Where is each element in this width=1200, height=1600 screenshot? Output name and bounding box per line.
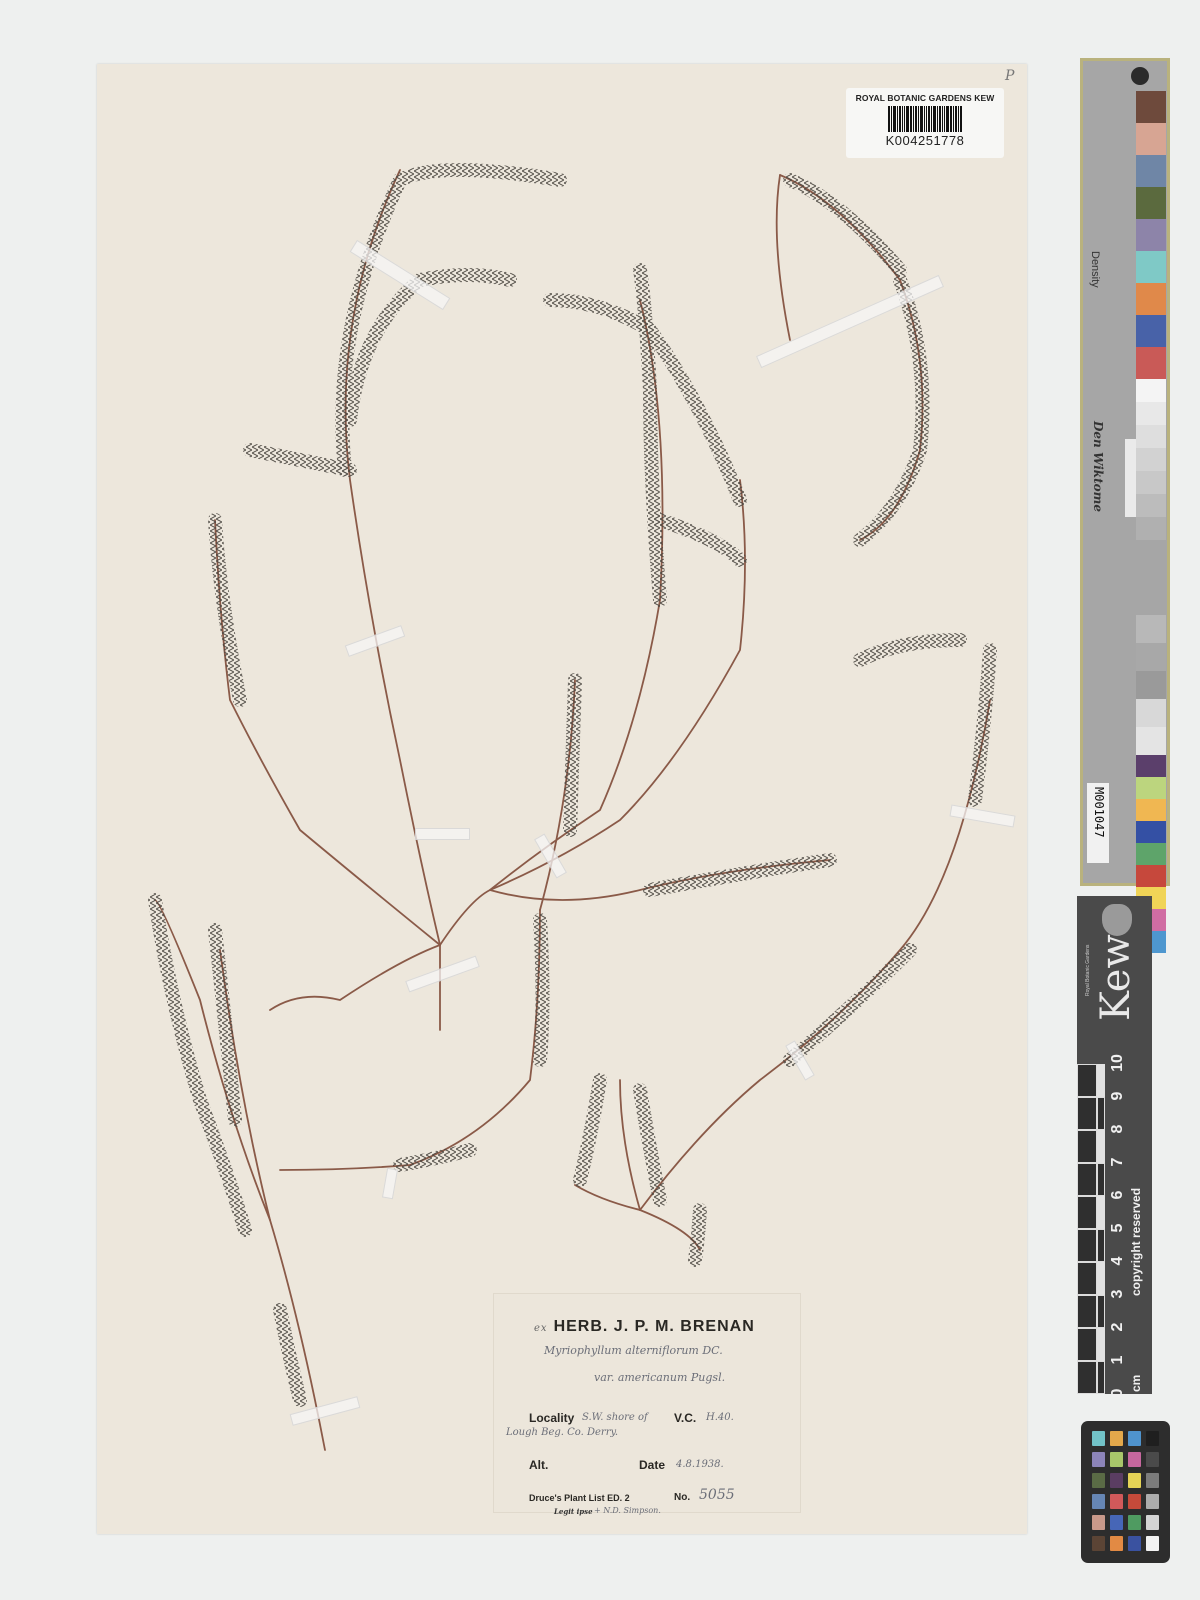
cm-number: 10 [1109,1054,1127,1072]
checker-patch [1110,1494,1123,1509]
color-swatch [1136,755,1166,777]
date-value: 4.8.1938. [676,1459,724,1470]
checker-patch [1110,1515,1123,1530]
checker-patch [1128,1431,1141,1446]
kew-brand-small: Royal Botanic Gardens [1085,945,1091,996]
cm-number: 5 [1109,1219,1127,1237]
gray-swatch [1136,517,1166,540]
herbarium-title: exHERB. J. P. M. BRENAN [534,1318,755,1336]
determination-label: exHERB. J. P. M. BRENAN Myriophyllum alt… [493,1293,801,1513]
cm-block [1077,1328,1097,1361]
gray-swatch [1136,379,1166,402]
ex-prefix: ex [534,1323,548,1334]
checker-patch [1128,1494,1141,1509]
cm-block [1077,1295,1097,1328]
checker-patch [1110,1431,1123,1446]
taxon-name: Myriophyllum alterniflorum DC. [544,1344,723,1357]
legit-value: + N.D. Simpson. [594,1506,661,1515]
checker-patch [1146,1473,1159,1488]
checker-patch [1092,1431,1105,1446]
mounting-tape [415,828,470,840]
cm-unit-label: cm [1129,1375,1143,1392]
checker-patch [1146,1452,1159,1467]
checker-patch [1146,1431,1159,1446]
cm-number: 9 [1109,1087,1127,1105]
checker-patch [1092,1494,1105,1509]
cm-ruler: 012345678910 [1077,1044,1105,1394]
vice-county-value: H.40. [706,1412,734,1423]
kew-scale-bar: Royal Botanic Gardens Kew 012345678910 c… [1077,896,1152,1394]
gray-swatch [1136,402,1166,425]
royal-crest-icon [1102,904,1132,936]
cm-block [1097,1163,1105,1196]
gray-swatch [1136,615,1166,643]
barcode-icon [875,106,975,132]
barcode-label: ROYAL BOTANIC GARDENS KEW K004251778 [846,88,1004,158]
color-swatch [1136,821,1166,843]
gray-swatch [1136,699,1166,727]
cm-number: 4 [1109,1252,1127,1270]
cm-number: 1 [1109,1351,1127,1369]
checker-patch [1110,1473,1123,1488]
vice-county-label: V.C. [674,1411,696,1425]
cm-block [1097,1097,1105,1130]
legit-label: Legit ipse [554,1507,593,1516]
cm-number: 7 [1109,1153,1127,1171]
color-checker-card [1081,1421,1170,1563]
color-swatch [1136,251,1166,283]
brand-label: Den Wiktome [1091,421,1105,512]
color-swatch [1136,91,1166,123]
cm-block [1077,1097,1097,1130]
cm-number: 8 [1109,1120,1127,1138]
cm-block [1077,1064,1097,1097]
cm-number: 0 [1109,1384,1127,1402]
checker-patch [1092,1473,1105,1488]
cm-block [1077,1163,1097,1196]
gray-swatch [1136,471,1166,494]
checker-patch [1092,1452,1105,1467]
barcode-organization: ROYAL BOTANIC GARDENS KEW [846,93,1004,103]
checker-patch [1128,1473,1141,1488]
color-swatch [1136,865,1166,887]
locality-value-line1: S.W. shore of [582,1412,648,1423]
checker-patch [1128,1515,1141,1530]
gray-swatch [1136,494,1166,517]
cm-block [1097,1196,1105,1229]
cm-block [1097,1262,1105,1295]
checker-patch [1092,1536,1105,1551]
checker-patch [1146,1494,1159,1509]
plant-list-label: Druce's Plant List ED. 2 [529,1493,630,1503]
checker-patch [1146,1536,1159,1551]
color-swatch [1136,187,1166,219]
cm-block [1077,1262,1097,1295]
number-label: No. [674,1492,690,1503]
herbarium-name: HERB. J. P. M. BRENAN [554,1318,755,1335]
cm-block [1097,1130,1105,1163]
density-label: Density [1089,251,1101,288]
checker-patch [1110,1452,1123,1467]
color-calibration-bar: inches Density Den Wiktome centimetres M… [1080,58,1170,886]
gray-swatch [1136,643,1166,671]
gray-swatch [1136,448,1166,471]
checker-patch [1110,1536,1123,1551]
locality-label: Locality [529,1411,574,1425]
color-swatch [1136,799,1166,821]
copyright-label: copyright reserved [1129,1188,1143,1296]
barcode-id: K004251778 [846,133,1004,148]
number-value: 5055 [699,1487,735,1503]
checker-patch [1146,1515,1159,1530]
altitude-label: Alt. [529,1458,548,1472]
cm-block [1077,1361,1097,1394]
cm-block [1077,1229,1097,1262]
cm-block [1097,1328,1105,1361]
gray-swatch [1136,425,1166,448]
checker-patch [1128,1536,1141,1551]
color-swatch [1136,843,1166,865]
cm-number: 3 [1109,1285,1127,1303]
checker-patch [1128,1452,1141,1467]
cm-block [1097,1064,1105,1097]
color-swatch [1136,347,1166,379]
gray-swatch [1136,727,1166,755]
cm-block [1077,1130,1097,1163]
locality-value-line2: Lough Beg. Co. Derry. [506,1427,618,1438]
cm-block [1077,1196,1097,1229]
target-id-label: M001047 [1087,783,1109,863]
color-swatch [1136,155,1166,187]
color-swatch [1136,123,1166,155]
color-swatch [1136,777,1166,799]
cm-block [1097,1229,1105,1262]
color-swatch [1136,219,1166,251]
color-swatch [1136,315,1166,347]
cm-block [1097,1361,1105,1394]
cm-number: 2 [1109,1318,1127,1336]
gray-swatch [1136,671,1166,699]
kew-logo: Kew [1093,934,1139,1021]
cm-number: 6 [1109,1186,1127,1204]
taxon-variety: var. americanum Pugsl. [594,1371,725,1384]
cm-block [1097,1295,1105,1328]
date-label: Date [639,1458,665,1472]
checker-patch [1092,1515,1105,1530]
registration-dot-icon [1131,67,1149,85]
color-swatch [1136,283,1166,315]
